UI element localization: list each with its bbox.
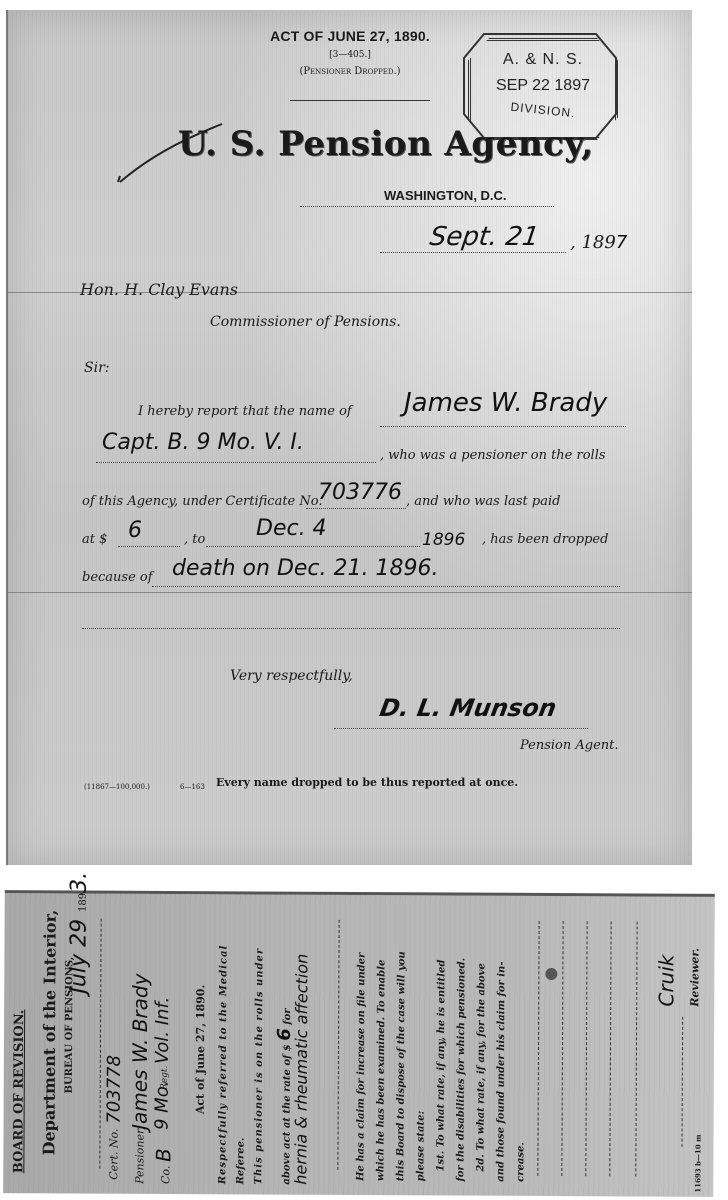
card-referred: Respectfully referred to the Medical: [217, 945, 229, 1185]
card-rule: [337, 920, 339, 1170]
card-answer-rule: [561, 921, 563, 1176]
ink-spot: [545, 968, 557, 980]
agency-name: U. S. Pension Agency,: [178, 124, 594, 164]
to-label: , to: [184, 532, 205, 547]
card-co-label: Co.: [159, 1166, 172, 1184]
at-label: at $: [82, 532, 107, 547]
print-code: (11867—100,000.): [84, 783, 150, 791]
paid-date-line: [206, 546, 420, 547]
board-of-revision-card: BOARD OF REVISION. Department of the Int…: [3, 890, 715, 1197]
certificate-number: 703776: [318, 480, 402, 505]
year-handwritten: 7: [616, 232, 627, 253]
year-prefix: , 189: [570, 232, 616, 253]
card-print-code: 11693 b—10 m: [693, 1134, 702, 1192]
body-line4-suffix: , has been dropped: [482, 532, 608, 547]
card-disability: hernia & rheumatic affection: [291, 954, 311, 1185]
fold-line: [8, 592, 692, 593]
card-pensioner-label: Pensioner,: [133, 1126, 146, 1184]
card-reviewer-label: Reviewer.: [688, 948, 701, 1007]
card-question-line: and those found under his claim for in-: [495, 961, 507, 1181]
card-answer-rule: [585, 921, 587, 1176]
card-cert-number: 703778: [104, 1055, 125, 1124]
card-on-rolls: This pensioner is on the rolls under: [253, 948, 265, 1185]
pensioner-name: James W. Brady: [404, 388, 607, 418]
card-rule: [99, 919, 101, 1169]
closing: Very respectfully,: [230, 668, 353, 684]
card-claim-line: please state:: [415, 1111, 426, 1182]
header-rule: [290, 100, 430, 101]
paid-amount: 6: [128, 518, 142, 543]
card-company: B: [151, 1148, 175, 1162]
card-question-line: 2d. To what rate, if any, for the above: [475, 963, 487, 1171]
card-regt-label: Regt.: [160, 1066, 170, 1090]
card-question-line: for the disabilities for which pensioned…: [455, 958, 467, 1182]
name-line: [380, 426, 626, 427]
paid-to-date: Dec. 4: [256, 516, 327, 541]
reason-line: [152, 586, 620, 587]
body-line1-prefix: I hereby report that the name of: [138, 404, 352, 419]
card-regiment-suffix: Vol. Inf.: [152, 997, 173, 1064]
date-line: [380, 252, 566, 253]
pensioner-unit: Capt. B. 9 Mo. V. I.: [102, 430, 304, 455]
form-subtitle: (Pensioner Dropped.): [250, 66, 450, 77]
amount-line: [118, 546, 180, 547]
certificate-line: [306, 508, 406, 509]
letter-year: , 1897: [570, 232, 627, 253]
stamp-division-label: DIVISION.: [471, 96, 616, 125]
signature-line: [334, 728, 588, 729]
card-reviewer-rule: [681, 1017, 683, 1147]
card-question-line: 1st. To what rate, if any, he is entitle…: [435, 960, 447, 1172]
body-line3-suffix: , and who was last paid: [406, 494, 560, 509]
card-date: July 29 1893.: [66, 872, 92, 994]
salutation: Sir:: [84, 360, 109, 376]
footer-note: Every name dropped to be thus reported a…: [216, 776, 518, 789]
agent-signature: D. L. Munson: [378, 694, 559, 722]
body-line3-prefix: of this Agency, under Certificate No.: [82, 494, 322, 509]
location-line: [300, 206, 554, 207]
letter-date: Sept. 21: [428, 222, 541, 252]
card-date-handwritten: July 29: [66, 919, 91, 994]
signer-title: Pension Agent.: [520, 738, 619, 753]
card-question-line: crease.: [515, 1142, 526, 1182]
stamp-division-code: A. & N. S.: [471, 51, 615, 69]
card-department: Department of the Interior,: [39, 910, 59, 1156]
unit-line: [96, 462, 376, 463]
card-claim-line: He has a claim for increase on file unde…: [355, 953, 367, 1181]
card-claim-line: which he has been examined. To enable: [375, 960, 387, 1182]
card-referee: Referee.: [235, 1138, 246, 1185]
card-year-prefix: 189: [78, 893, 89, 912]
addressee-title: Commissioner of Pensions.: [210, 314, 401, 330]
because-label: because of: [82, 570, 153, 585]
extra-line: [82, 628, 620, 629]
paid-year: 1896: [422, 530, 465, 550]
card-act: Act of June 27, 1890.: [194, 985, 208, 1115]
location: WASHINGTON, D.C.: [384, 188, 507, 203]
form-number: [3—405.]: [250, 50, 450, 60]
card-cert-label: Cert. No.: [107, 1129, 120, 1180]
act-title: ACT OF JUNE 27, 1890.: [250, 28, 450, 44]
card-answer-rule: [635, 921, 637, 1176]
card-answer-rule: [609, 921, 611, 1176]
drop-reason: death on Dec. 21. 1896.: [172, 556, 438, 581]
stamp-date: SEP 22 1897: [471, 77, 615, 95]
card-reviewer-initials: Cruik: [654, 955, 678, 1007]
card-board-title: BOARD OF REVISION.: [11, 1010, 27, 1174]
card-answer-rule: [537, 921, 539, 1176]
card-year-handwritten: 3.: [67, 872, 92, 893]
card-claim-line: this Board to dispose of the case will y…: [395, 951, 407, 1181]
addressee: Hon. H. Clay Evans: [80, 280, 238, 299]
form-code: 6—163: [180, 783, 205, 791]
card-pensioner-name: James W. Brady: [128, 973, 153, 1129]
body-line2-suffix: , who was a pensioner on the rolls: [380, 448, 606, 463]
